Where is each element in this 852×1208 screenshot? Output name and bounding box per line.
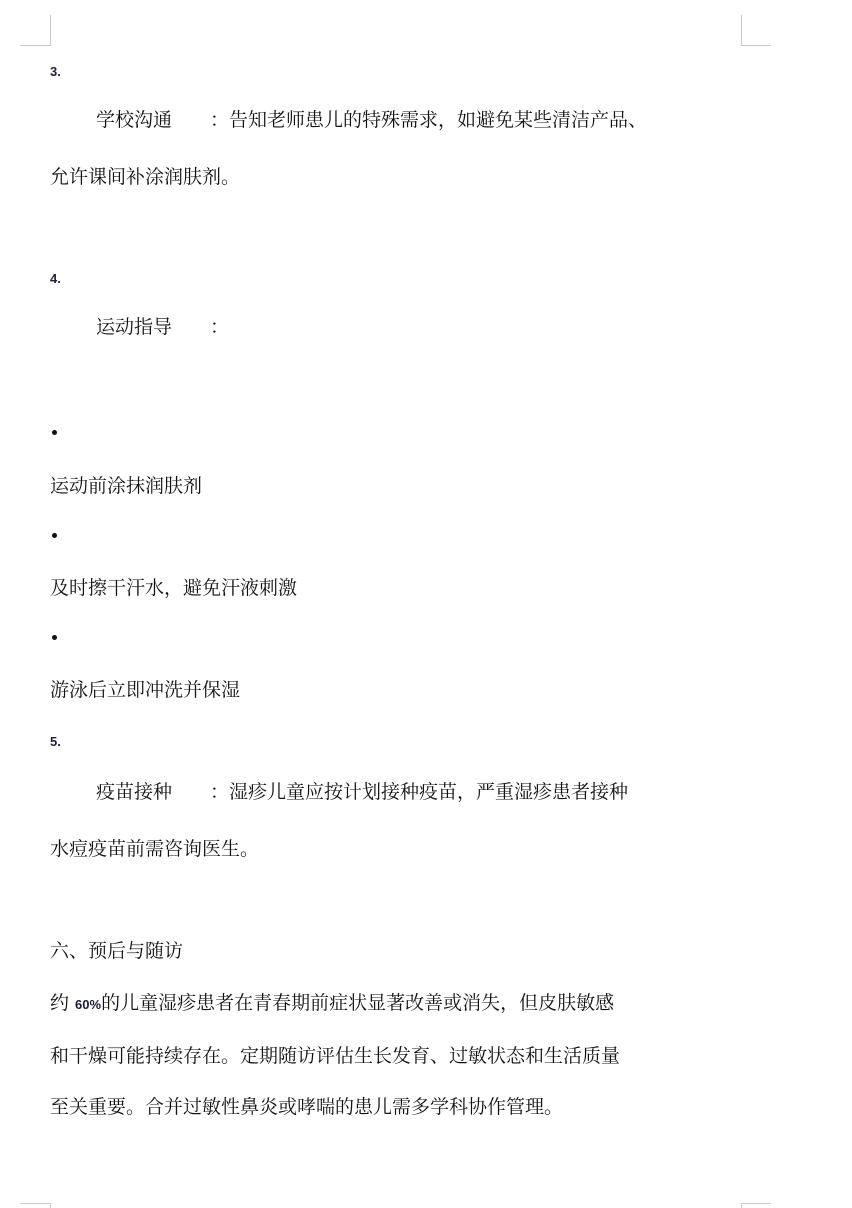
section-heading: 六、预后与随访 — [50, 939, 183, 963]
corner-mark-bottom-right-v — [741, 1203, 742, 1208]
corner-mark-top-right-h — [741, 45, 771, 46]
list-number-4: 4. — [50, 271, 61, 287]
list-number-5: 5. — [50, 734, 61, 750]
item-3-colon: ： — [210, 109, 229, 131]
item-4-line-1: 运动指导： — [96, 315, 229, 339]
section-para-line-3: 至关重要。合并过敏性鼻炎或哮喘的患儿需多学科协作管理。 — [50, 1095, 563, 1119]
bullet-item-2: 及时擦干汗水，避免汗液刺激 — [50, 576, 297, 600]
para-prefix: 约 — [50, 992, 75, 1014]
item-5-colon: ： — [210, 781, 229, 803]
bullet-item-3: 游泳后立即冲洗并保湿 — [50, 678, 240, 702]
item-4-colon: ： — [210, 316, 229, 338]
corner-mark-top-left-v — [50, 15, 51, 46]
corner-mark-bottom-left-h — [20, 1203, 51, 1204]
corner-mark-top-left-h — [20, 45, 51, 46]
item-3-line-2: 允许课间补涂润肤剂。 — [50, 165, 240, 189]
item-5-text: 湿疹儿童应按计划接种疫苗，严重湿疹患者接种 — [229, 781, 628, 803]
item-5-line-1: 疫苗接种：湿疹儿童应按计划接种疫苗，严重湿疹患者接种 — [96, 780, 628, 804]
para-line-1-rest: 的儿童湿疹患者在青春期前症状显著改善或消失，但皮肤敏感 — [101, 992, 614, 1014]
section-para-line-2: 和干燥可能持续存在。定期随访评估生长发育、过敏状态和生活质量 — [50, 1044, 620, 1068]
item-3-label: 学校沟通 — [96, 108, 172, 132]
corner-mark-bottom-left-v — [50, 1203, 51, 1208]
bullet-icon — [52, 635, 57, 640]
list-number-3: 3. — [50, 64, 61, 80]
item-4-label: 运动指导 — [96, 315, 172, 339]
corner-mark-bottom-right-h — [741, 1203, 771, 1204]
item-5-label: 疫苗接种 — [96, 780, 172, 804]
bullet-item-1: 运动前涂抹润肤剂 — [50, 474, 202, 498]
bullet-icon — [52, 533, 57, 538]
item-3-text: 告知老师患儿的特殊需求，如避免某些清洁产品、 — [229, 109, 647, 131]
percent-value: 60% — [75, 997, 101, 1012]
bullet-icon — [52, 430, 57, 435]
corner-mark-top-right-v — [741, 15, 742, 46]
item-3-line-1: 学校沟通：告知老师患儿的特殊需求，如避免某些清洁产品、 — [96, 108, 647, 132]
section-para-line-1: 约 60%的儿童湿疹患者在青春期前症状显著改善或消失，但皮肤敏感 — [50, 991, 614, 1015]
item-5-line-2: 水痘疫苗前需咨询医生。 — [50, 837, 259, 861]
